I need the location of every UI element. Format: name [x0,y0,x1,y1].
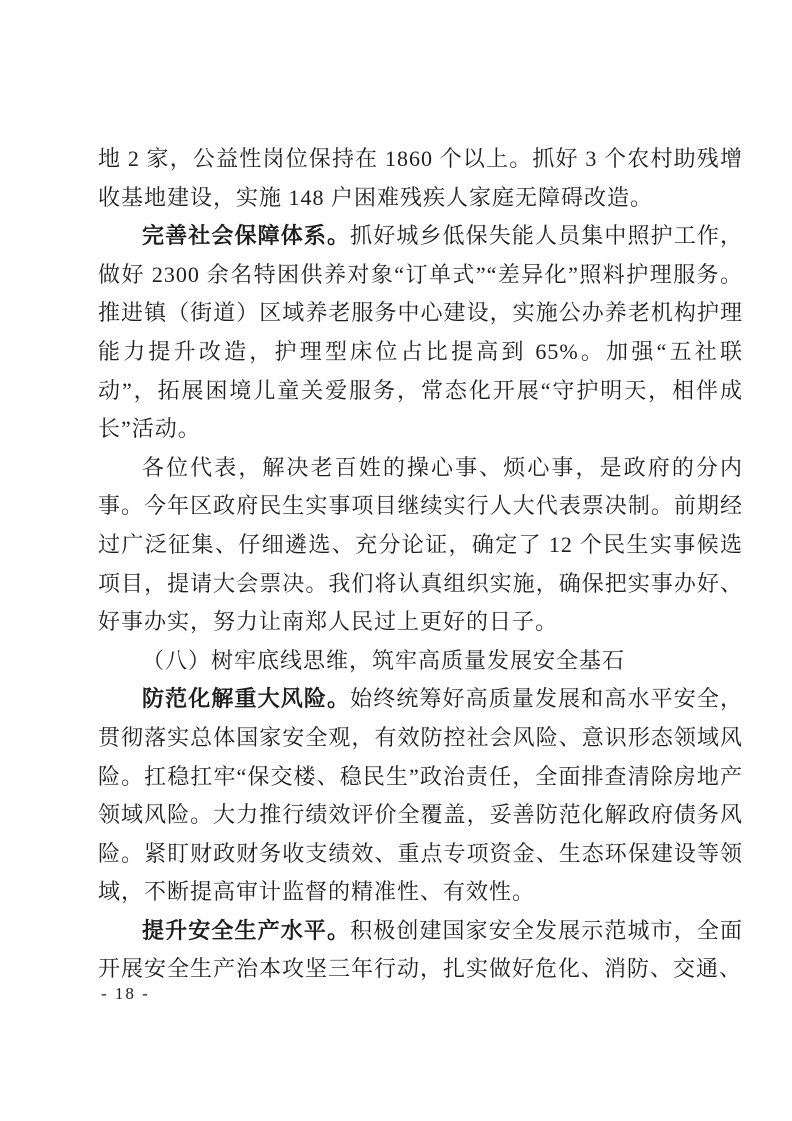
paragraph-continuation: 地 2 家，公益性岗位保持在 1860 个以上。抓好 3 个农村助残增收基地建设… [98,140,743,217]
document-body: 地 2 家，公益性岗位保持在 1860 个以上。抓好 3 个农村助残增收基地建设… [98,140,743,989]
paragraph-risk-prevention: 防范化解重大风险。始终统筹好高质量发展和高水平安全，贯彻落实总体国家安全观，有效… [98,680,743,912]
paragraph-lead: 防范化解重大风险。 [142,686,350,711]
paragraph-text: 地 2 家，公益性岗位保持在 1860 个以上。抓好 3 个农村助残增收基地建设… [98,146,743,210]
section-heading-text: （八）树牢底线思维，筑牢高质量发展安全基石 [142,648,625,673]
page-number: - 18 - [101,984,150,1004]
section-heading-eight: （八）树牢底线思维，筑牢高质量发展安全基石 [98,642,743,681]
paragraph-lead: 完善社会保障体系。 [142,223,350,248]
paragraph-text: 各位代表，解决老百姓的操心事、烦心事，是政府的分内事。今年区政府民生实事项目继续… [98,455,743,634]
paragraph-lead: 提升安全生产水平。 [142,918,350,943]
paragraph-text: 抓好城乡低保失能人员集中照护工作，做好 2300 余名特困供养对象“订单式”“差… [98,223,743,441]
paragraph-livelihood-projects: 各位代表，解决老百姓的操心事、烦心事，是政府的分内事。今年区政府民生实事项目继续… [98,449,743,642]
paragraph-text: 始终统筹好高质量发展和高水平安全，贯彻落实总体国家安全观，有效防控社会风险、意识… [98,686,743,904]
paragraph-social-security: 完善社会保障体系。抓好城乡低保失能人员集中照护工作，做好 2300 余名特困供养… [98,217,743,449]
document-page: 地 2 家，公益性岗位保持在 1860 个以上。抓好 3 个农村助残增收基地建设… [0,0,792,1121]
paragraph-work-safety: 提升安全生产水平。积极创建国家安全发展示范城市，全面开展安全生产治本攻坚三年行动… [98,912,743,989]
